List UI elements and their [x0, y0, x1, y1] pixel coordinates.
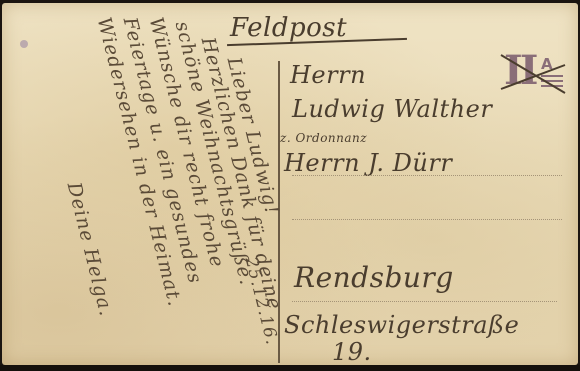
scan-border	[0, 365, 580, 371]
address-house-number: 19.	[332, 338, 372, 366]
handwritten-message: 25.12.16. Lieber Ludwig! Herzlichen Dank…	[60, 15, 280, 365]
address-line-1	[292, 175, 562, 176]
address-line-3	[292, 301, 557, 302]
message-signature: Deine Helga.	[63, 180, 118, 319]
address-care-of: Herrn J. Dürr	[284, 149, 452, 177]
address-line-2	[292, 219, 562, 220]
address-note: z. Ordonnanz	[280, 131, 367, 145]
postage-stamp-mark: II A	[499, 53, 569, 95]
address-salutation: Herrn	[290, 61, 366, 89]
cross-out-icon	[499, 53, 569, 95]
address-city: Rendsburg	[294, 261, 454, 294]
address-name: Ludwig Walther	[292, 95, 492, 123]
ink-smudge	[20, 40, 28, 48]
address-street: Schleswigerstraße	[284, 311, 519, 339]
postcard: Feldpost II A Herrn Ludwig Walther z. Or…	[2, 3, 578, 365]
